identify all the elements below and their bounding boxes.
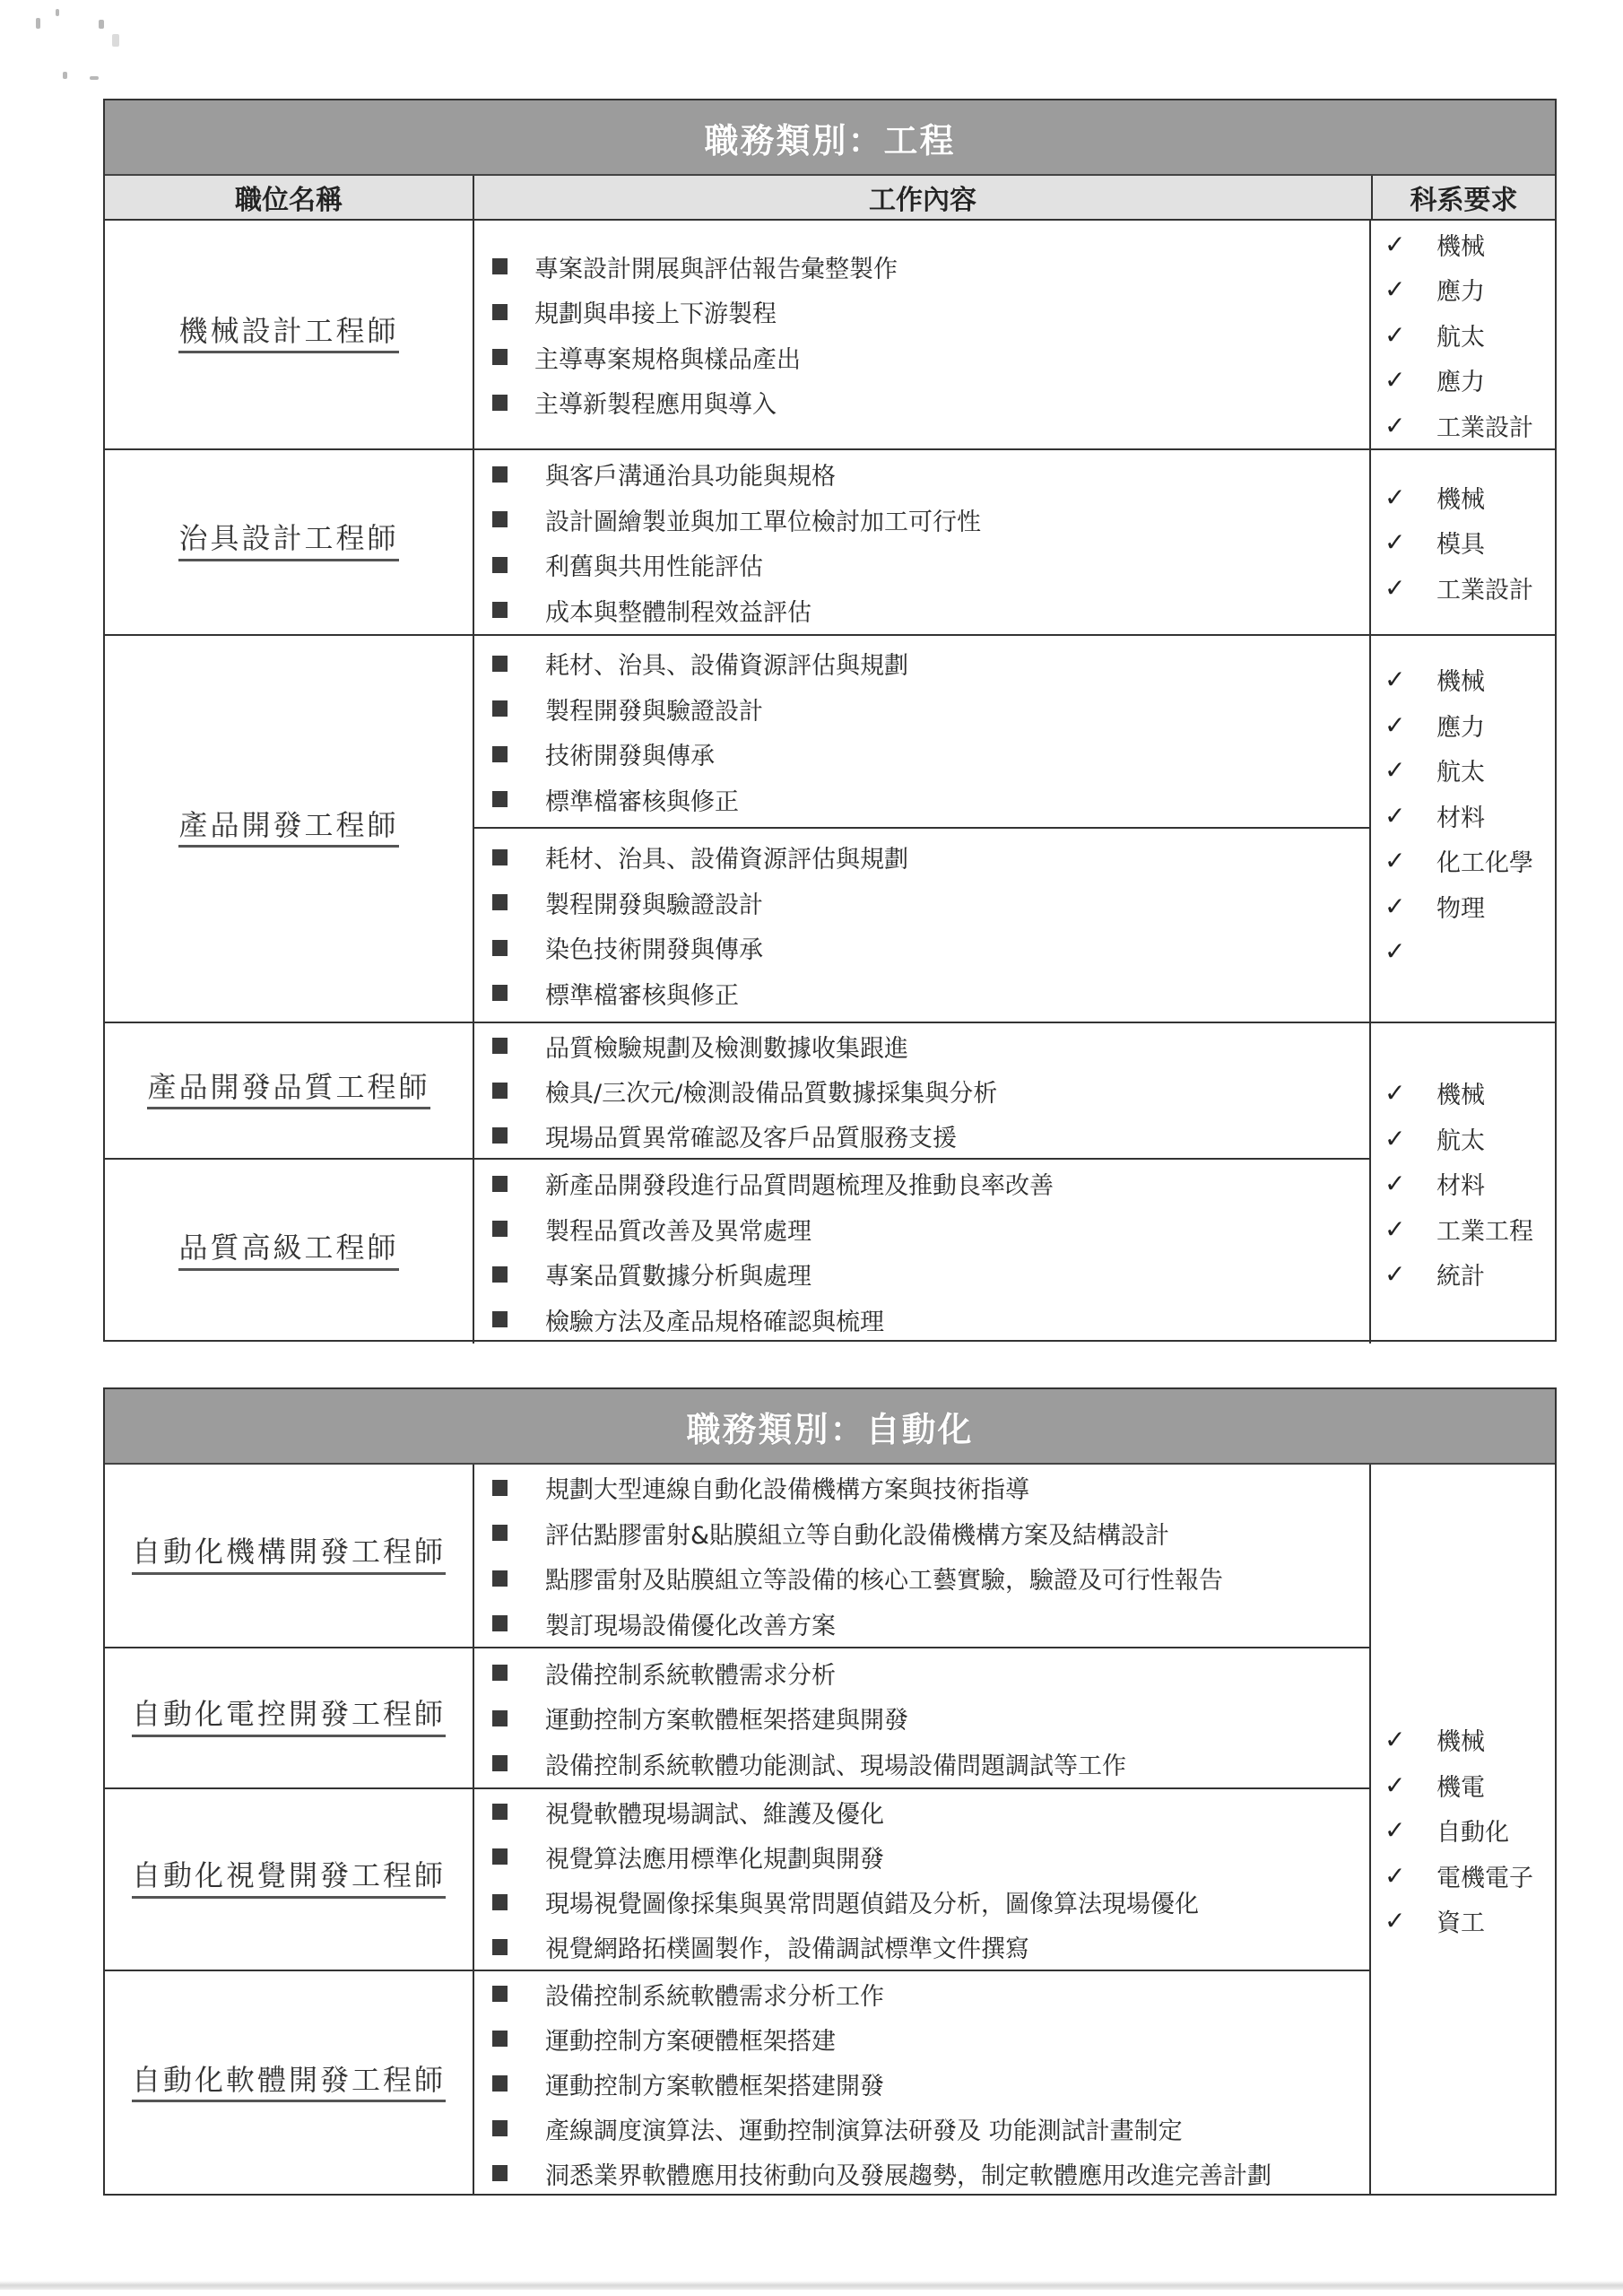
category-header: 職務類別：自動化 <box>105 1389 1555 1465</box>
major-item: ✓機械 <box>1384 222 1555 267</box>
duty-item: 現場視覺圖像採集與異常問題偵錯及分析，圖像算法現場優化 <box>492 1880 1369 1925</box>
bullet-square-icon <box>492 1894 508 1910</box>
duties-cell: 品質檢驗規劃及檢測數據收集跟進 檢具/三次元/檢測設備品質數據採集與分析 現場品… <box>474 1023 1369 1158</box>
position-title: 自動化視覺開發工程師 <box>132 1860 446 1898</box>
bullet-square-icon <box>492 1127 508 1144</box>
bullet-square-icon <box>492 656 508 672</box>
duty-item: 利舊與共用性能評估 <box>492 543 1369 588</box>
duty-item: 製程開發與驗證設計 <box>492 880 1369 926</box>
bullet-square-icon <box>492 1038 508 1054</box>
duty-item: 設計圖繪製並與加工單位檢討加工可行性 <box>492 497 1369 543</box>
major-item: ✓機械 <box>1384 657 1555 702</box>
duty-item: 檢具/三次元/檢測設備品質數據採集與分析 <box>492 1068 1369 1113</box>
bullet-square-icon <box>492 2165 508 2181</box>
duty-item: 成本與整體制程效益評估 <box>492 587 1369 633</box>
bullet-square-icon <box>492 304 508 320</box>
bullet-square-icon <box>492 1615 508 1631</box>
check-icon: ✓ <box>1384 1725 1436 1754</box>
major-item: ✓航太 <box>1384 312 1555 358</box>
major-item: ✓應力 <box>1384 266 1555 312</box>
duty-item: 染色技術開發與傳承 <box>492 926 1369 971</box>
major-item: ✓工業設計 <box>1384 403 1555 448</box>
check-icon: ✓ <box>1384 527 1436 557</box>
duty-item: 與客戶溝通治具功能與規格 <box>492 452 1369 498</box>
bullet-square-icon <box>492 1176 508 1192</box>
position-title-cell: 自動化機構開發工程師 <box>105 1465 473 1647</box>
duty-item: 標準檔審核與修正 <box>492 777 1369 822</box>
bullet-square-icon <box>492 1266 508 1283</box>
bullet-square-icon <box>492 1939 508 1955</box>
duties-cell: 規劃大型連線自動化設備機構方案與技術指導 評估點膠雷射&貼膜組立等自動化設備機構… <box>474 1465 1369 1647</box>
bullet-square-icon <box>492 1848 508 1865</box>
check-icon: ✓ <box>1384 801 1436 831</box>
check-icon: ✓ <box>1384 1078 1436 1108</box>
position-title: 治具設計工程師 <box>178 523 398 561</box>
major-item: ✓機械 <box>1384 474 1555 520</box>
check-icon: ✓ <box>1384 230 1436 259</box>
duty-item: 檢驗方法及產品規格確認與梳理 <box>492 1297 1369 1343</box>
duties-cell: 耗材、治具、設備資源評估與規劃 製程開發與驗證設計 技術開發與傳承 標準檔審核與… <box>474 636 1369 827</box>
duties-cell: 與客戶溝通治具功能與規格 設計圖繪製並與加工單位檢討加工可行性 利舊與共用性能評… <box>474 450 1369 634</box>
duties-cell: 新產品開發段進行品質問題梳理及推動良率改善 製程品質改善及異常處理 專案品質數據… <box>474 1160 1369 1344</box>
column-header-duties: 工作內容 <box>474 176 1373 219</box>
bullet-square-icon <box>492 1525 508 1541</box>
duty-item: 新產品開發段進行品質問題梳理及推動良率改善 <box>492 1161 1369 1207</box>
major-item: ✓物理 <box>1384 883 1555 929</box>
scan-specks <box>36 9 135 90</box>
bullet-square-icon <box>492 1755 508 1771</box>
position-title-cell: 自動化視覺開發工程師 <box>105 1789 473 1970</box>
check-icon: ✓ <box>1384 573 1436 603</box>
check-icon: ✓ <box>1384 483 1436 512</box>
major-item: ✓應力 <box>1384 702 1555 748</box>
check-icon: ✓ <box>1384 365 1436 395</box>
bullet-square-icon <box>492 1710 508 1726</box>
major-item: ✓自動化 <box>1384 1807 1555 1853</box>
automation-table: 職務類別：自動化 自動化機構開發工程師 規劃大型連線自動化設備機構方案與技術指導… <box>103 1387 1557 2196</box>
bullet-square-icon <box>492 1480 508 1496</box>
bullet-square-icon <box>492 349 508 365</box>
major-item: ✓航太 <box>1384 1116 1555 1161</box>
duty-item: 技術開發與傳承 <box>492 732 1369 778</box>
duty-item: 主導新製程應用與導入 <box>492 380 1369 426</box>
bullet-square-icon <box>492 395 508 411</box>
majors-cell: ✓機械 ✓應力 ✓航太 ✓應力 ✓工業設計 <box>1371 221 1555 448</box>
duty-item: 視覺網路拓樸圖製作，設備調試標準文件撰寫 <box>492 1925 1369 1970</box>
position-title: 自動化軟體開發工程師 <box>132 2065 446 2102</box>
bullet-square-icon <box>492 1804 508 1820</box>
duty-item: 運動控制方案硬體框架搭建 <box>492 2016 1369 2061</box>
engineering-table-body: 機械設計工程師 專案設計開展與評估報告彙整製作 規劃與串接上下游製程 主導專案規… <box>105 221 1555 1344</box>
major-item: ✓ <box>1384 928 1555 974</box>
column-header-major: 科系要求 <box>1373 176 1555 219</box>
duty-item: 主導專案規格與樣品產出 <box>492 335 1369 380</box>
duty-item: 製程開發與驗證設計 <box>492 686 1369 732</box>
position-title-cell: 自動化電控開發工程師 <box>105 1648 473 1787</box>
duty-item: 點膠雷射及貼膜組立等設備的核心工藝實驗，驗證及可行性報告 <box>492 1556 1369 1602</box>
duty-item: 品質檢驗規劃及檢測數據收集跟進 <box>492 1023 1369 1068</box>
bullet-square-icon <box>492 894 508 910</box>
bullet-square-icon <box>492 1221 508 1237</box>
check-icon: ✓ <box>1384 274 1436 304</box>
major-item: ✓工業工程 <box>1384 1206 1555 1252</box>
check-icon: ✓ <box>1384 755 1436 785</box>
major-item: ✓機械 <box>1384 1717 1555 1762</box>
duty-item: 規劃與串接上下游製程 <box>492 290 1369 335</box>
major-item: ✓材料 <box>1384 793 1555 839</box>
check-icon: ✓ <box>1384 891 1436 921</box>
duty-item: 產線調度演算法、運動控制演算法研發及 功能測試計畫制定 <box>492 2106 1369 2151</box>
bullet-square-icon <box>492 1311 508 1327</box>
check-icon: ✓ <box>1384 1906 1436 1935</box>
position-title: 品質高級工程師 <box>178 1232 398 1270</box>
automation-table-body: 自動化機構開發工程師 規劃大型連線自動化設備機構方案與技術指導 評估點膠雷射&貼… <box>105 1465 1555 2196</box>
check-icon: ✓ <box>1384 320 1436 350</box>
duty-item: 標準檔審核與修正 <box>492 970 1369 1016</box>
position-title: 產品開發品質工程師 <box>147 1072 430 1109</box>
position-title: 自動化機構開發工程師 <box>132 1536 446 1574</box>
check-icon: ✓ <box>1384 710 1436 740</box>
position-title-cell: 治具設計工程師 <box>105 450 473 634</box>
scan-bottom-edge <box>0 2281 1623 2290</box>
duty-item: 洞悉業界軟體應用技術動向及發展趨勢，制定軟體應用改進完善計劃 <box>492 2151 1369 2196</box>
major-item: ✓機電 <box>1384 1762 1555 1808</box>
bullet-square-icon <box>492 791 508 807</box>
majors-cell: ✓機械 ✓航太 ✓材料 ✓工業工程 ✓統計 <box>1371 1023 1555 1344</box>
duty-item: 評估點膠雷射&貼膜組立等自動化設備機構方案及結構設計 <box>492 1510 1369 1556</box>
duty-item: 設備控制系統軟體需求分析 <box>492 1650 1369 1696</box>
major-item: ✓化工化學 <box>1384 838 1555 883</box>
bullet-square-icon <box>492 466 508 483</box>
column-header-position: 職位名稱 <box>105 176 474 219</box>
bullet-square-icon <box>492 1665 508 1681</box>
duty-item: 製程品質改善及異常處理 <box>492 1206 1369 1252</box>
position-title-cell: 品質高級工程師 <box>105 1160 473 1344</box>
duties-cell: 設備控制系統軟體需求分析工作 運動控制方案硬體框架搭建 運動控制方案軟體框架搭建… <box>474 1971 1369 2196</box>
bullet-square-icon <box>492 700 508 717</box>
duty-item: 耗材、治具、設備資源評估與規劃 <box>492 835 1369 881</box>
bullet-square-icon <box>492 2120 508 2136</box>
majors-cell: ✓機械 ✓應力 ✓航太 ✓材料 ✓化工化學 ✓物理 ✓ <box>1371 636 1555 995</box>
duty-item: 規劃大型連線自動化設備機構方案與技術指導 <box>492 1465 1369 1511</box>
duty-item: 現場品質異常確認及客戶品質服務支援 <box>492 1113 1369 1158</box>
check-icon: ✓ <box>1384 1169 1436 1198</box>
check-icon: ✓ <box>1384 846 1436 875</box>
duty-item: 設備控制系統軟體功能測試、現場設備問題調試等工作 <box>492 1741 1369 1787</box>
check-icon: ✓ <box>1384 411 1436 440</box>
check-icon: ✓ <box>1384 936 1436 966</box>
position-title-cell: 機械設計工程師 <box>105 221 473 448</box>
majors-cell: ✓機械 ✓機電 ✓自動化 ✓電機電子 ✓資工 <box>1371 1465 1555 2196</box>
engineering-table: 職務類別：工程 職位名稱 工作內容 科系要求 機械設計工程師 專案設計開展與評估… <box>103 99 1557 1342</box>
duty-item: 專案設計開展與評估報告彙整製作 <box>492 244 1369 290</box>
check-icon: ✓ <box>1384 1124 1436 1153</box>
bullet-square-icon <box>492 557 508 573</box>
position-title-cell: 自動化軟體開發工程師 <box>105 1971 473 2196</box>
position-title-cell: 產品開發工程師 <box>105 636 473 1022</box>
check-icon: ✓ <box>1384 1214 1436 1244</box>
bullet-square-icon <box>492 1570 508 1587</box>
duties-cell: 專案設計開展與評估報告彙整製作 規劃與串接上下游製程 主導專案規格與樣品產出 主… <box>474 221 1369 448</box>
bullet-square-icon <box>492 849 508 865</box>
check-icon: ✓ <box>1384 1815 1436 1845</box>
bullet-square-icon <box>492 1083 508 1099</box>
bullet-square-icon <box>492 511 508 527</box>
bullet-square-icon <box>492 1986 508 2002</box>
check-icon: ✓ <box>1384 1259 1436 1289</box>
bullet-square-icon <box>492 940 508 956</box>
duty-item: 視覺軟體現場調試、維護及優化 <box>492 1789 1369 1834</box>
duties-cell: 設備控制系統軟體需求分析 運動控制方案軟體框架搭建與開發 設備控制系統軟體功能測… <box>474 1648 1369 1787</box>
column-header-row: 職位名稱 工作內容 科系要求 <box>105 176 1555 221</box>
major-item: ✓模具 <box>1384 519 1555 565</box>
major-item: ✓航太 <box>1384 747 1555 793</box>
position-title: 自動化電控開發工程師 <box>132 1699 446 1736</box>
duty-item: 運動控制方案軟體框架搭建與開發 <box>492 1695 1369 1741</box>
majors-cell: ✓機械 ✓模具 ✓工業設計 <box>1371 450 1555 634</box>
position-title-cell: 產品開發品質工程師 <box>105 1023 473 1158</box>
bullet-square-icon <box>492 746 508 762</box>
duty-item: 製訂現場設備優化改善方案 <box>492 1601 1369 1647</box>
check-icon: ✓ <box>1384 1770 1436 1800</box>
duty-item: 耗材、治具、設備資源評估與規劃 <box>492 641 1369 687</box>
duties-cell: 耗材、治具、設備資源評估與規劃 製程開發與驗證設計 染色技術開發與傳承 標準檔審… <box>474 829 1369 1022</box>
major-item: ✓資工 <box>1384 1898 1555 1944</box>
bullet-square-icon <box>492 2075 508 2092</box>
position-title: 機械設計工程師 <box>178 316 398 353</box>
major-item: ✓應力 <box>1384 357 1555 403</box>
major-item: ✓材料 <box>1384 1161 1555 1206</box>
category-header: 職務類別：工程 <box>105 100 1555 176</box>
duty-item: 視覺算法應用標準化規劃與開發 <box>492 1834 1369 1879</box>
position-title: 產品開發工程師 <box>178 810 398 848</box>
bullet-square-icon <box>492 258 508 274</box>
duty-item: 設備控制系統軟體需求分析工作 <box>492 1971 1369 2016</box>
major-item: ✓工業設計 <box>1384 565 1555 611</box>
major-item: ✓統計 <box>1384 1251 1555 1297</box>
bullet-square-icon <box>492 2031 508 2047</box>
check-icon: ✓ <box>1384 665 1436 694</box>
bullet-square-icon <box>492 985 508 1001</box>
check-icon: ✓ <box>1384 1861 1436 1891</box>
bullet-square-icon <box>492 602 508 618</box>
duty-item: 運動控制方案軟體框架搭建開發 <box>492 2061 1369 2106</box>
major-item: ✓機械 <box>1384 1070 1555 1116</box>
major-item: ✓電機電子 <box>1384 1853 1555 1899</box>
duty-item: 專案品質數據分析與處理 <box>492 1252 1369 1298</box>
duties-cell: 視覺軟體現場調試、維護及優化 視覺算法應用標準化規劃與開發 現場視覺圖像採集與異… <box>474 1789 1369 1970</box>
